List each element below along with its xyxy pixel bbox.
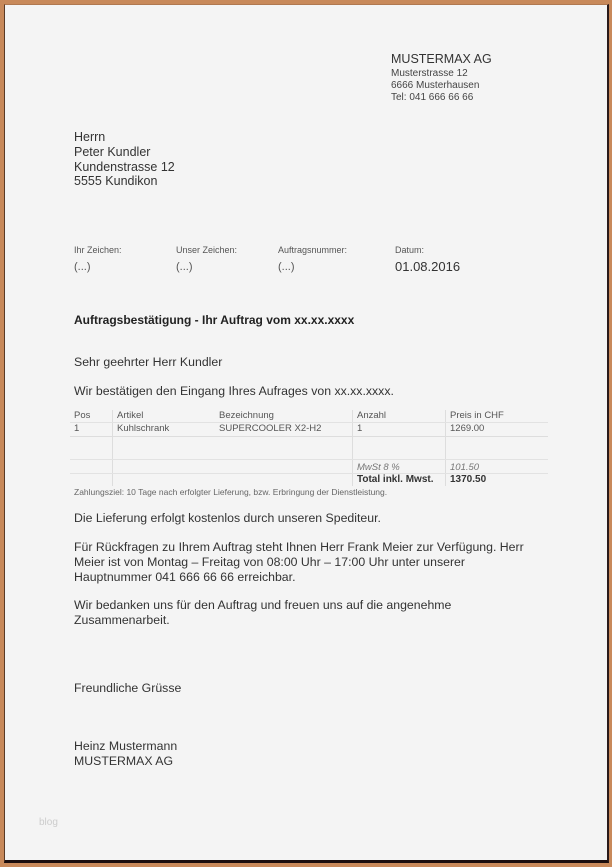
- table-spacer-row: [70, 437, 548, 460]
- cell-anzahl: 1: [353, 423, 446, 437]
- thanks-text-line-1: Wir bedanken uns für den Auftrag und fre…: [74, 598, 451, 613]
- ref-value-unser-zeichen: (...): [176, 261, 193, 273]
- sender-company: MUSTERMAX AG: [391, 52, 492, 66]
- contact-text-line-3: Hauptnummer 041 666 66 66 erreichbar.: [74, 570, 295, 585]
- image-frame: MUSTERMAX AG Musterstrasse 12 6666 Muste…: [0, 0, 612, 867]
- sender-phone: Tel: 041 666 66 66: [391, 92, 473, 103]
- order-items-table: Pos Artikel Bezeichnung Anzahl Preis in …: [70, 410, 548, 486]
- total-value: 1370.50: [446, 474, 549, 487]
- header-preis: Preis in CHF: [446, 410, 549, 423]
- ref-label-ihr-zeichen: Ihr Zeichen:: [74, 245, 122, 255]
- ref-value-ihr-zeichen: (...): [74, 261, 91, 273]
- sender-city: 6666 Musterhausen: [391, 80, 479, 91]
- ref-label-auftragsnummer: Auftragsnummer:: [278, 245, 347, 255]
- delivery-text: Die Lieferung erfolgt kostenlos durch un…: [74, 511, 381, 526]
- table-header-row: Pos Artikel Bezeichnung Anzahl Preis in …: [70, 410, 548, 423]
- cell-pos: 1: [70, 423, 113, 437]
- closing: Freundliche Grüsse: [74, 681, 181, 696]
- total-label: Total inkl. Mwst.: [353, 474, 446, 487]
- letter-page: MUSTERMAX AG Musterstrasse 12 6666 Muste…: [4, 4, 609, 863]
- letter-subject: Auftragsbestätigung - Ihr Auftrag vom xx…: [74, 313, 354, 327]
- table-row: 1 Kuhlschrank SUPERCOOLER X2-H2 1 1269.0…: [70, 423, 548, 437]
- header-bezeichnung: Bezeichnung: [215, 410, 353, 423]
- ref-value-auftragsnummer: (...): [278, 261, 295, 273]
- ref-value-datum: 01.08.2016: [395, 259, 460, 274]
- payment-terms: Zahlungsziel: 10 Tage nach erfolgter Lie…: [74, 487, 387, 497]
- intro-text: Wir bestätigen den Eingang Ihres Aufrage…: [74, 384, 394, 399]
- vat-value: 101.50: [446, 460, 549, 474]
- ref-label-unser-zeichen: Unser Zeichen:: [176, 245, 237, 255]
- recipient-salutation: Herrn: [74, 130, 105, 144]
- watermark: blog: [39, 817, 58, 828]
- sender-street: Musterstrasse 12: [391, 68, 468, 79]
- vat-label: MwSt 8 %: [353, 460, 446, 474]
- signature-name: Heinz Mustermann: [74, 739, 177, 754]
- header-anzahl: Anzahl: [353, 410, 446, 423]
- recipient-street: Kundenstrasse 12: [74, 160, 175, 174]
- contact-text-line-2: Meier ist von Montag – Freitag von 08:00…: [74, 555, 465, 570]
- cell-bezeichnung: SUPERCOOLER X2-H2: [215, 423, 353, 437]
- cell-artikel: Kuhlschrank: [113, 423, 216, 437]
- cell-preis: 1269.00: [446, 423, 549, 437]
- header-artikel: Artikel: [113, 410, 216, 423]
- recipient-city: 5555 Kundikon: [74, 174, 157, 188]
- total-row: Total inkl. Mwst. 1370.50: [70, 474, 548, 487]
- contact-text-line-1: Für Rückfragen zu Ihrem Auftrag steht Ih…: [74, 540, 524, 555]
- signature-company: MUSTERMAX AG: [74, 754, 173, 769]
- header-pos: Pos: [70, 410, 113, 423]
- thanks-text-line-2: Zusammenarbeit.: [74, 613, 170, 628]
- greeting: Sehr geehrter Herr Kundler: [74, 355, 222, 370]
- vat-row: MwSt 8 % 101.50: [70, 460, 548, 474]
- recipient-name: Peter Kundler: [74, 145, 150, 159]
- ref-label-datum: Datum:: [395, 245, 424, 255]
